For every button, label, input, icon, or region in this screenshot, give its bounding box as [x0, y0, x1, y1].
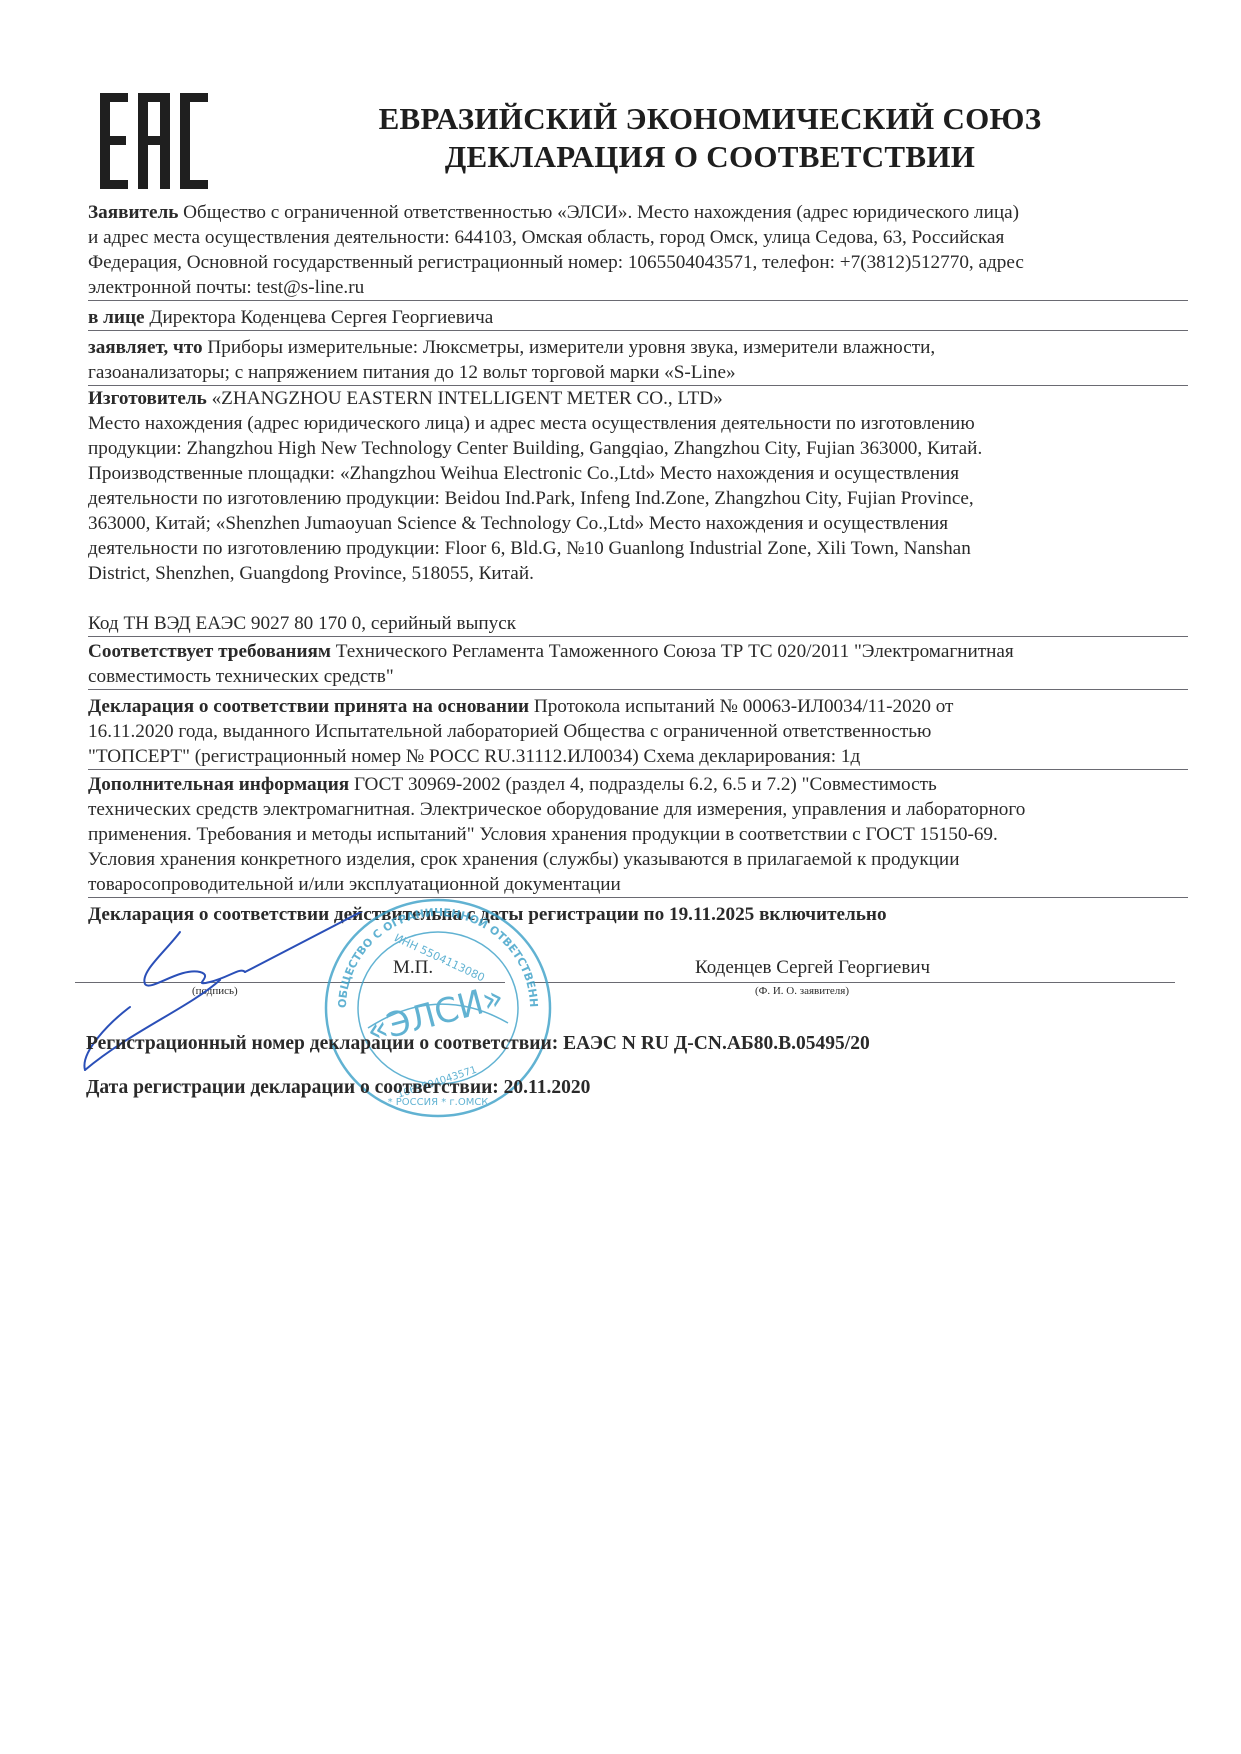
manufacturer-line: District, Shenzhen, Guangdong Province, … — [88, 561, 1188, 586]
registration-number-line: Регистрационный номер декларации о соотв… — [86, 1033, 870, 1055]
conforms-label: Соответствует требованиям — [88, 641, 331, 662]
additional-line: Условия хранения конкретного изделия, ср… — [88, 847, 1188, 872]
signer-name: Коденцев Сергей Георгиевич — [695, 957, 930, 979]
applicant-section: Заявитель Общество с ограниченной ответс… — [88, 200, 1188, 301]
registration-number-label: Регистрационный номер декларации о соотв… — [86, 1033, 563, 1054]
manufacturer-label: Изготовитель — [88, 388, 207, 409]
additional-line: ГОСТ 30969-2002 (раздел 4, подразделы 6.… — [349, 774, 937, 795]
basis-line: 16.11.2020 года, выданного Испытательной… — [88, 719, 1188, 744]
declares-label: заявляет, что — [88, 337, 203, 358]
registration-date-label: Дата регистрации декларации о соответств… — [86, 1077, 504, 1098]
represented-by: в лице Директора Коденцева Сергея Георги… — [88, 305, 1188, 331]
basis-label: Декларация о соответствии принята на осн… — [88, 696, 529, 717]
title-union: ЕВРАЗИЙСКИЙ ЭКОНОМИЧЕСКИЙ СОЮЗ — [330, 100, 1090, 138]
registration-number-value: ЕАЭС N RU Д-CN.АБ80.В.05495/20 — [563, 1033, 870, 1054]
basis-line: Протокола испытаний № 00063-ИЛ0034/11-20… — [529, 696, 953, 717]
additional-label: Дополнительная информация — [88, 774, 349, 795]
applicant-email-line: электронной почты: test@s-line.ru — [88, 275, 1188, 301]
registration-date-line: Дата регистрации декларации о соответств… — [86, 1077, 590, 1099]
applicant-line: Федерация, Основной государственный реги… — [88, 250, 1188, 275]
manufacturer-line: 363000, Китай; «Shenzhen Jumaoyuan Scien… — [88, 511, 1188, 536]
manufacturer-line: Производственные площадки: «Zhangzhou We… — [88, 461, 1188, 486]
conforms-section: Соответствует требованиям Технического Р… — [88, 639, 1188, 690]
declaration-body: Заявитель Общество с ограниченной ответс… — [88, 200, 1188, 927]
declares-section: заявляет, что Приборы измерительные: Люк… — [88, 335, 1188, 386]
title-declaration: ДЕКЛАРАЦИЯ О СООТВЕТСТВИИ — [330, 138, 1090, 176]
tn-ved-code: Код ТН ВЭД ЕАЭС 9027 80 170 0, серийный … — [88, 611, 1188, 637]
manufacturer-line: Место нахождения (адрес юридического лиц… — [88, 411, 1188, 436]
manufacturer-line: деятельности по изготовлению продукции: … — [88, 486, 1188, 511]
name-line — [530, 982, 1175, 983]
represented-by-label: в лице — [88, 307, 145, 328]
applicant-line: Общество с ограниченной ответственностью… — [178, 202, 1019, 223]
conforms-line: Технического Регламента Таможенного Союз… — [331, 641, 1014, 662]
basis-line: "ТОПСЕРТ" (регистрационный номер № РОСС … — [88, 744, 1188, 770]
basis-section: Декларация о соответствии принята на осн… — [88, 694, 1188, 770]
manufacturer-section: Изготовитель «ZHANGZHOU EASTERN INTELLIG… — [88, 386, 1188, 586]
manufacturer-name: «ZHANGZHOU EASTERN INTELLIGENT METER CO.… — [207, 388, 723, 409]
represented-by-value: Директора Коденцева Сергея Георгиевича — [145, 307, 494, 328]
registration-date-value: 20.11.2020 — [504, 1077, 591, 1098]
applicant-line: и адрес места осуществления деятельности… — [88, 225, 1188, 250]
conforms-line: совместимость технических средств" — [88, 664, 1188, 690]
applicant-label: Заявитель — [88, 202, 178, 223]
eac-logo — [100, 93, 208, 189]
product-line: газоанализаторы; с напряжением питания д… — [88, 360, 1188, 386]
additional-line: товаросопроводительной и/или эксплуатаци… — [88, 872, 1188, 898]
additional-line: применения. Требования и методы испытани… — [88, 822, 1188, 847]
document-title: ЕВРАЗИЙСКИЙ ЭКОНОМИЧЕСКИЙ СОЮЗ ДЕКЛАРАЦИ… — [330, 100, 1090, 176]
signer-caption: (Ф. И. О. заявителя) — [755, 985, 849, 997]
product-line: Приборы измерительные: Люксметры, измери… — [203, 337, 936, 358]
manufacturer-line: продукции: Zhangzhou High New Technology… — [88, 436, 1188, 461]
manufacturer-line: деятельности по изготовлению продукции: … — [88, 536, 1188, 561]
additional-line: технических средств электромагнитная. Эл… — [88, 797, 1188, 822]
additional-section: Дополнительная информация ГОСТ 30969-200… — [88, 772, 1188, 898]
